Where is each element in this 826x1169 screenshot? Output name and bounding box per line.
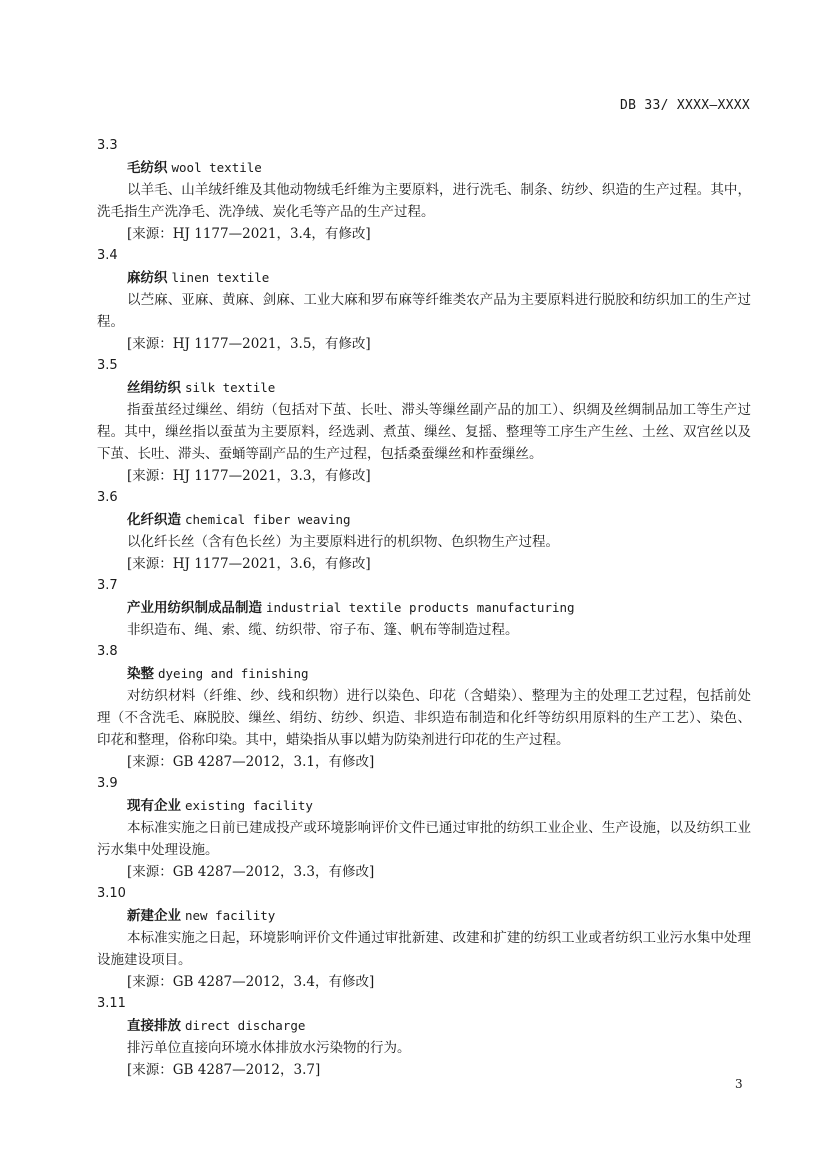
term-entry: 3.3 毛纺织wool textile 以羊毛、山羊绒纤维及其他动物绒毛纤维为主… [97, 135, 751, 245]
term-heading: 直接排放direct discharge [97, 1015, 751, 1037]
term-definition: 以苎麻、亚麻、黄麻、剑麻、工业大麻和罗布麻等纤维类农产品为主要原料进行脱胶和纺织… [97, 289, 751, 333]
term-english: silk textile [185, 380, 275, 395]
term-english: direct discharge [185, 1018, 305, 1033]
term-chinese: 现有企业 [127, 798, 181, 814]
entry-number: 3.11 [97, 993, 751, 1015]
term-definition: 本标准实施之日前已建成投产或环境影响评价文件已通过审批的纺织工业企业、生产设施，… [97, 817, 751, 861]
term-english: existing facility [185, 798, 313, 813]
term-heading: 丝绢纺织silk textile [97, 377, 751, 399]
term-source: [来源：HJ 1177—2021，3.4，有修改] [97, 223, 751, 245]
term-chinese: 产业用纺织制成品制造 [127, 600, 262, 616]
term-source: [来源：HJ 1177—2021，3.5，有修改] [97, 333, 751, 355]
entry-number: 3.8 [97, 641, 751, 663]
document-id-header: DB 33/ XXXX—XXXX [620, 98, 750, 113]
term-english: chemical fiber weaving [185, 512, 351, 527]
term-english: linen textile [172, 270, 270, 285]
term-entry: 3.4 麻纺织linen textile 以苎麻、亚麻、黄麻、剑麻、工业大麻和罗… [97, 245, 751, 355]
term-entry: 3.11 直接排放direct discharge 排污单位直接向环境水体排放水… [97, 993, 751, 1081]
term-definition: 以化纤长丝（含有色长丝）为主要原料进行的机织物、色织物生产过程。 [97, 531, 751, 553]
term-chinese: 新建企业 [127, 908, 181, 924]
terms-definitions-section: 3.3 毛纺织wool textile 以羊毛、山羊绒纤维及其他动物绒毛纤维为主… [97, 135, 751, 1081]
term-heading: 毛纺织wool textile [97, 157, 751, 179]
term-source: [来源：GB 4287—2012，3.1，有修改] [97, 751, 751, 773]
page-number: 3 [735, 1077, 743, 1091]
term-heading: 现有企业existing facility [97, 795, 751, 817]
term-definition: 非织造布、绳、索、缆、纺织带、帘子布、篷、帆布等制造过程。 [97, 619, 751, 641]
term-entry: 3.7 产业用纺织制成品制造industrial textile product… [97, 575, 751, 641]
term-chinese: 麻纺织 [127, 270, 168, 286]
term-definition: 对纺织材料（纤维、纱、线和织物）进行以染色、印花（含蜡染）、整理为主的处理工艺过… [97, 685, 751, 751]
term-english: wool textile [172, 160, 262, 175]
term-definition: 以羊毛、山羊绒纤维及其他动物绒毛纤维为主要原料，进行洗毛、制条、纺纱、织造的生产… [97, 179, 751, 223]
term-heading: 新建企业new facility [97, 905, 751, 927]
term-english: industrial textile products manufacturin… [266, 600, 575, 615]
term-entry: 3.6 化纤织造chemical fiber weaving 以化纤长丝（含有色… [97, 487, 751, 575]
term-source: [来源：GB 4287—2012，3.4，有修改] [97, 971, 751, 993]
term-chinese: 染整 [127, 666, 154, 682]
term-source: [来源：HJ 1177—2021，3.6，有修改] [97, 553, 751, 575]
term-heading: 染整dyeing and finishing [97, 663, 751, 685]
term-source: [来源：GB 4287—2012，3.3，有修改] [97, 861, 751, 883]
term-source: [来源：GB 4287—2012，3.7] [97, 1059, 751, 1081]
term-entry: 3.9 现有企业existing facility 本标准实施之日前已建成投产或… [97, 773, 751, 883]
term-heading: 产业用纺织制成品制造industrial textile products ma… [97, 597, 751, 619]
term-chinese: 直接排放 [127, 1018, 181, 1034]
entry-number: 3.7 [97, 575, 751, 597]
term-heading: 化纤织造chemical fiber weaving [97, 509, 751, 531]
term-entry: 3.8 染整dyeing and finishing 对纺织材料（纤维、纱、线和… [97, 641, 751, 773]
term-definition: 排污单位直接向环境水体排放水污染物的行为。 [97, 1037, 751, 1059]
entry-number: 3.9 [97, 773, 751, 795]
term-entry: 3.5 丝绢纺织silk textile 指蚕茧经过缫丝、绢纺（包括对下茧、长吐… [97, 355, 751, 487]
term-chinese: 毛纺织 [127, 160, 168, 176]
entry-number: 3.4 [97, 245, 751, 267]
term-chinese: 丝绢纺织 [127, 380, 181, 396]
term-chinese: 化纤织造 [127, 512, 181, 528]
term-definition: 指蚕茧经过缫丝、绢纺（包括对下茧、长吐、滞头等缫丝副产品的加工）、织绸及丝绸制品… [97, 399, 751, 465]
term-english: dyeing and finishing [158, 666, 309, 681]
entry-number: 3.10 [97, 883, 751, 905]
term-heading: 麻纺织linen textile [97, 267, 751, 289]
entry-number: 3.5 [97, 355, 751, 377]
entry-number: 3.6 [97, 487, 751, 509]
term-entry: 3.10 新建企业new facility 本标准实施之日起，环境影响评价文件通… [97, 883, 751, 993]
term-source: [来源：HJ 1177—2021，3.3，有修改] [97, 465, 751, 487]
term-english: new facility [185, 908, 275, 923]
entry-number: 3.3 [97, 135, 751, 157]
term-definition: 本标准实施之日起，环境影响评价文件通过审批新建、改建和扩建的纺织工业或者纺织工业… [97, 927, 751, 971]
